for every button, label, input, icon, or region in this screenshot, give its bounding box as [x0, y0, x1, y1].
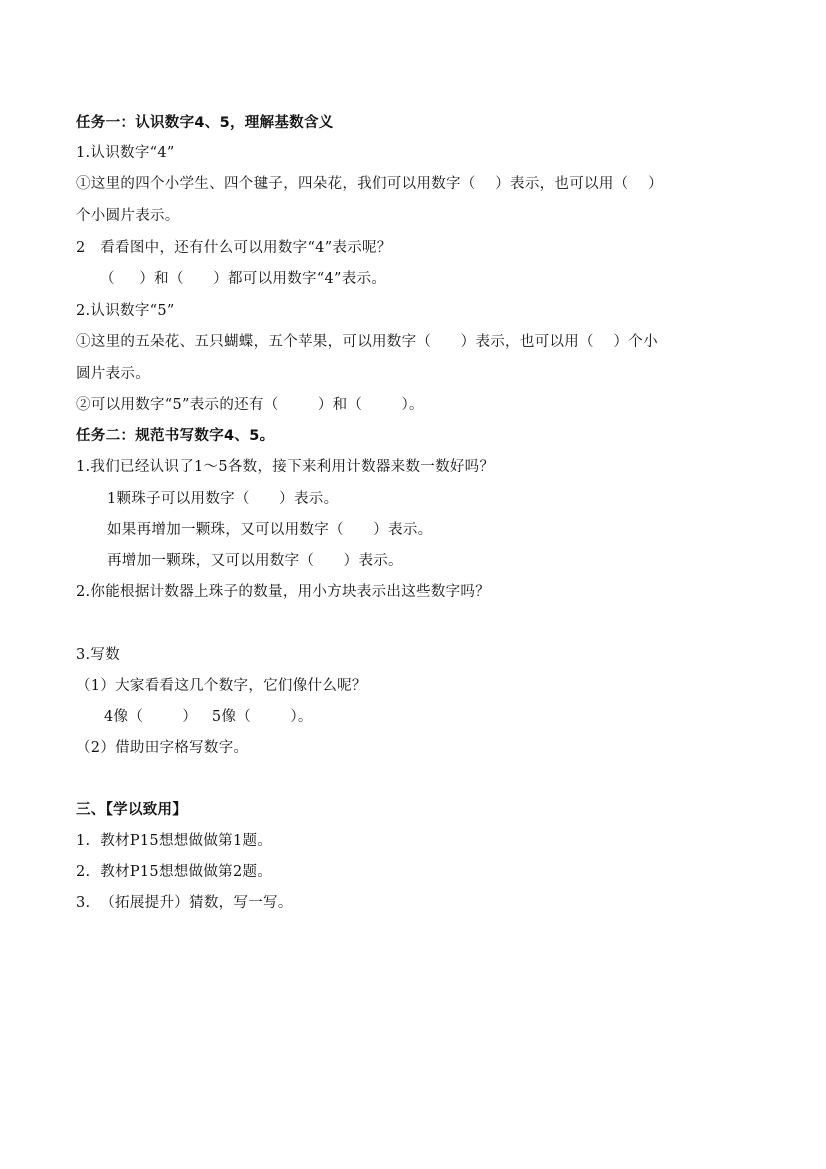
task2-heading: 任务二：规范书写数字4、5。 [76, 426, 274, 446]
task2-question-3-1: （1）大家看看这几个数字，它们像什么呢？ [76, 676, 367, 696]
section3-heading: 三、【学以致用】 [76, 800, 187, 820]
task2-question-3-1-answer: 4像（ ） 5像（ ）。 [104, 707, 313, 727]
task1-subheading-1: 1.认识数字“4” [76, 143, 175, 163]
task2-question-3-2: （2）借助田字格写数字。 [76, 738, 248, 758]
task1-question-2: 2 看看图中，还有什么可以用数字“4”表示呢？ [76, 238, 392, 258]
task2-question-1c: 再增加一颗珠，又可以用数字（ ）表示。 [107, 551, 403, 571]
task1-subheading-2: 2.认识数字“5” [76, 301, 175, 321]
task1-question-1a: ①这里的四个小学生、四个毽子，四朵花，我们可以用数字（ ）表示，也可以用（ ） [76, 174, 663, 194]
task1-heading: 任务一：认识数字4、5，理解基数含义 [76, 113, 334, 133]
section3-item-2: 2. 教材P15想想做做第2题。 [76, 862, 272, 882]
task2-question-2: 2.你能根据计数器上珠子的数量，用小方块表示出这些数字吗？ [76, 582, 490, 602]
task1-question-1b: 个小圆片表示。 [76, 206, 180, 226]
section3-item-1: 1. 教材P15想想做做第1题。 [76, 831, 272, 851]
section3-item-3: 3. （拓展提升）猜数，写一写。 [76, 893, 293, 913]
task2-question-1: 1.我们已经认识了1～5各数，接下来利用计数器来数一数好吗？ [76, 457, 494, 477]
task1-question-4: ②可以用数字“5”表示的还有（ ）和（ ）。 [76, 395, 424, 415]
task2-question-1b: 如果再增加一颗珠，又可以用数字（ ）表示。 [107, 520, 432, 540]
task1-question-3a: ①这里的五朵花、五只蝴蝶，五个苹果，可以用数字（ ）表示，也可以用（ ）个小 [76, 332, 658, 352]
task2-question-1a: 1颗珠子可以用数字（ ）表示。 [107, 489, 338, 509]
task1-question-2-answer: （ ）和（ ）都可以用数字“4”表示。 [100, 269, 386, 289]
task1-question-3b: 圆片表示。 [76, 364, 150, 384]
task2-question-3: 3.写数 [76, 645, 120, 665]
